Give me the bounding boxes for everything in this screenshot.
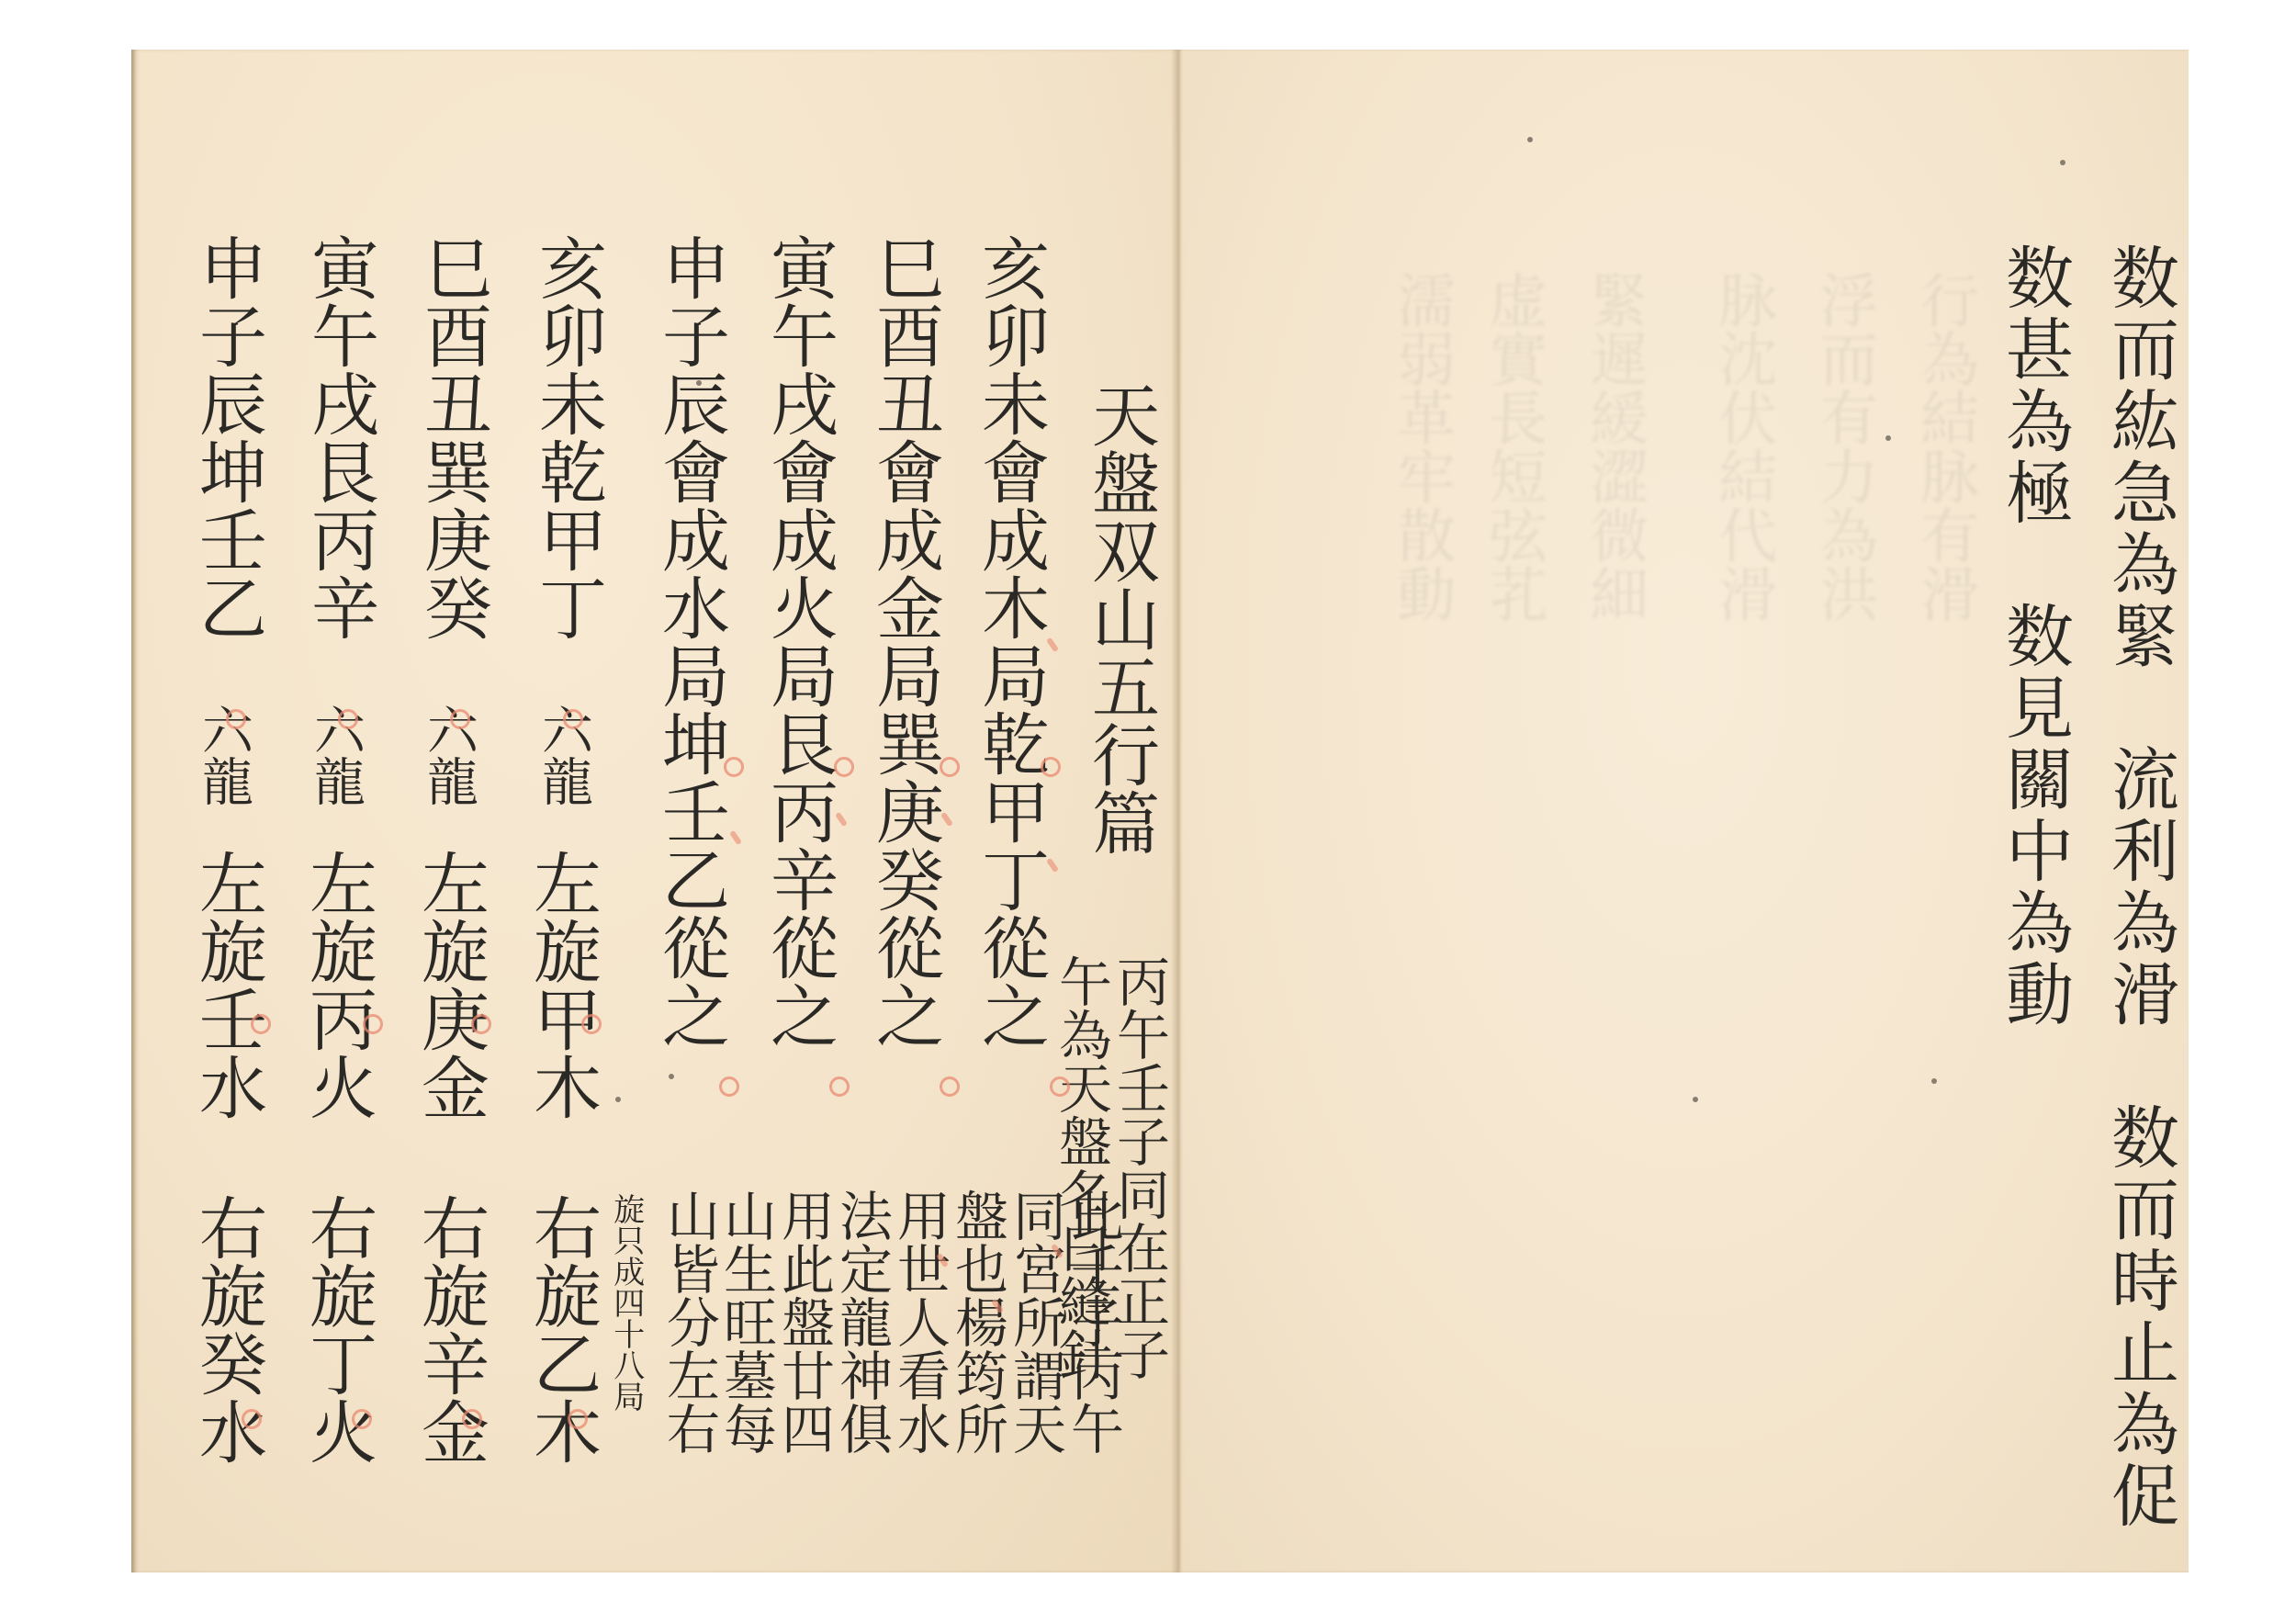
six-dragon-label-fire: 六龍 [298,704,372,806]
paper-speck [1885,435,1891,441]
paper-speck [696,380,702,386]
annotation-column-4: 用世人看水 [893,1189,946,1455]
bleed-through-text: 行為結脉有滑 [1913,270,1975,623]
annotation-column-1: 此壬子丙午 [1066,1189,1120,1455]
red-punctuation-mark [834,757,854,777]
red-punctuation-mark [829,1076,850,1097]
red-punctuation-mark [1050,1076,1070,1097]
red-punctuation-mark [719,1076,739,1097]
book-spread: 天盤双山五行篇 丙午壬子同在正子 午為天盤名曰縫針 亥卯未會成木局乾甲丁從之 巳… [131,50,2189,1572]
left-turn-metal: 左旋庚金 [416,849,484,1121]
bleed-through-text: 浮而有力為洪 [1812,270,1874,623]
paper-speck [1693,1097,1698,1102]
stem-column-fire: 寅午戌艮丙辛 [306,233,374,641]
red-tick-mark [729,830,742,846]
red-punctuation-mark [450,709,470,729]
chapter-title: 天盤双山五行篇 [1086,380,1154,856]
annotation-column-9: 旋只成四十八局 [609,1193,642,1412]
red-punctuation-mark [251,1014,271,1034]
bleed-through-text: 脉沈伏結代滑 [1711,270,1773,623]
red-punctuation-mark [940,1076,960,1097]
left-turn-water: 左旋壬水 [194,849,262,1121]
six-dragon-label-metal: 六龍 [411,704,485,806]
annotation-column-2: 同宮所謂天 [1008,1189,1062,1455]
red-punctuation-mark [1041,757,1061,777]
paper-speck [615,1097,621,1102]
annotation-column-6: 用此盤廿四 [777,1189,830,1455]
main-column-fire: 寅午戌會成火局艮丙辛從之 [765,233,833,1049]
red-punctuation-mark [462,1409,482,1429]
right-page-column-2: 数甚為極 数見關中為動 [2000,242,2068,1031]
red-punctuation-mark [724,757,744,777]
red-punctuation-mark [352,1409,372,1429]
left-page: 天盤双山五行篇 丙午壬子同在正子 午為天盤名曰縫針 亥卯未會成木局乾甲丁從之 巳… [131,50,1178,1572]
right-page: 行為結脉有滑 浮而有力為洪 脉沈伏結代滑 緊遲緩澀微細 虚實長短弦芤 濡弱革牢散… [1178,50,2189,1572]
annotation-column-8: 山皆分左右 [662,1189,715,1455]
red-punctuation-mark [242,1409,262,1429]
bleed-through-text: 緊遲緩澀微細 [1582,270,1644,623]
red-punctuation-mark [363,1014,383,1034]
annotation-column-5: 法定龍神俱 [835,1189,888,1455]
stem-column-water: 申子辰坤壬乙 [194,233,262,641]
red-punctuation-mark [338,709,358,729]
red-punctuation-mark [226,709,246,729]
paper-speck [669,1074,674,1079]
right-page-column-1: 数而紘急為緊 流利為滑 数而時止為促 [2106,242,2174,1532]
paper-speck [1931,1078,1937,1084]
red-punctuation-mark [471,1014,491,1034]
stem-column-metal: 巳酉丑巽庚癸 [419,233,487,641]
main-column-metal: 巳酉丑會成金局巽庚癸從之 [871,233,939,1049]
annotation-column-3: 盤也楊筠所 [951,1189,1004,1455]
bleed-through-text: 濡弱革牢散動 [1390,270,1451,623]
stem-column-wood: 亥卯未乾甲丁 [534,233,602,641]
red-punctuation-mark [568,1409,588,1429]
six-dragon-label-water: 六龍 [186,704,260,806]
red-punctuation-mark [581,1014,602,1034]
bleed-through-text: 虚實長短弦芤 [1481,270,1543,623]
main-column-wood: 亥卯未會成木局乾甲丁從之 [976,233,1044,1049]
annotation-column-7: 山生旺墓每 [719,1189,772,1455]
left-turn-fire: 左旋丙火 [304,849,372,1121]
paper-speck [1527,137,1533,142]
red-punctuation-mark [563,709,583,729]
paper-speck [2060,160,2065,165]
left-turn-wood: 左旋甲木 [528,849,596,1121]
red-punctuation-mark [940,757,960,777]
main-column-water: 申子辰會成水局坤壬乙從之 [657,233,725,1049]
